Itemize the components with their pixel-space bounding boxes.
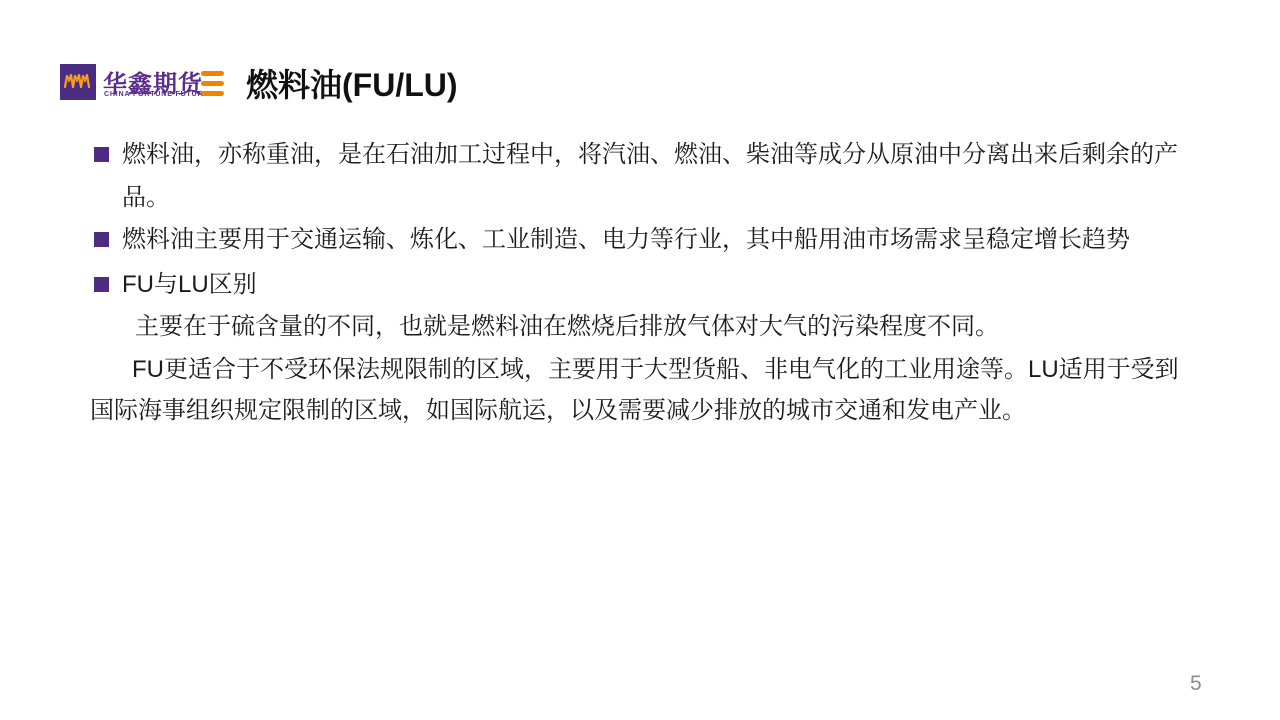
bullet-square-icon — [94, 232, 109, 247]
paragraph-line-3: 国际海事组织规定限制的区域，如国际航运，以及需要减少排放的城市交通和发电产业。 — [90, 395, 1026, 427]
menu-bar — [201, 81, 224, 86]
horses-logo-icon — [63, 68, 93, 97]
paragraph-line-2: FU更适合于不受环保法规限制的区域，主要用于大型货船、非电气化的工业用途等。LU… — [132, 354, 1179, 386]
bullet-1-line-2: 品。 — [122, 182, 170, 214]
menu-bar — [201, 71, 224, 76]
bullet-square-icon — [94, 147, 109, 162]
page-title: 燃料油(FU/LU) — [246, 60, 458, 106]
brand-tagline: CHINA FORTUNE FUTURES — [104, 91, 215, 98]
page-number: 5 — [1190, 672, 1202, 696]
hamburger-menu-icon — [201, 71, 224, 96]
bullet-2-line-1: 燃料油主要用于交通运输、炼化、工业制造、电力等行业，其中船用油市场需求呈稳定增长… — [122, 224, 1130, 256]
bullet-square-icon — [94, 277, 109, 292]
bullet-3-line-1: FU与LU区别 — [122, 269, 257, 301]
paragraph-line-1: 主要在于硫含量的不同，也就是燃料油在燃烧后排放气体对大气的污染程度不同。 — [135, 311, 999, 343]
bullet-1-line-1: 燃料油，亦称重油，是在石油加工过程中，将汽油、燃油、柴油等成分从原油中分离出来后… — [122, 139, 1178, 171]
presentation-slide: 华鑫期货 CHINA FORTUNE FUTURES 燃料油(FU/LU) 燃料… — [0, 0, 1280, 720]
menu-bar — [201, 91, 224, 96]
company-logo — [60, 64, 96, 100]
